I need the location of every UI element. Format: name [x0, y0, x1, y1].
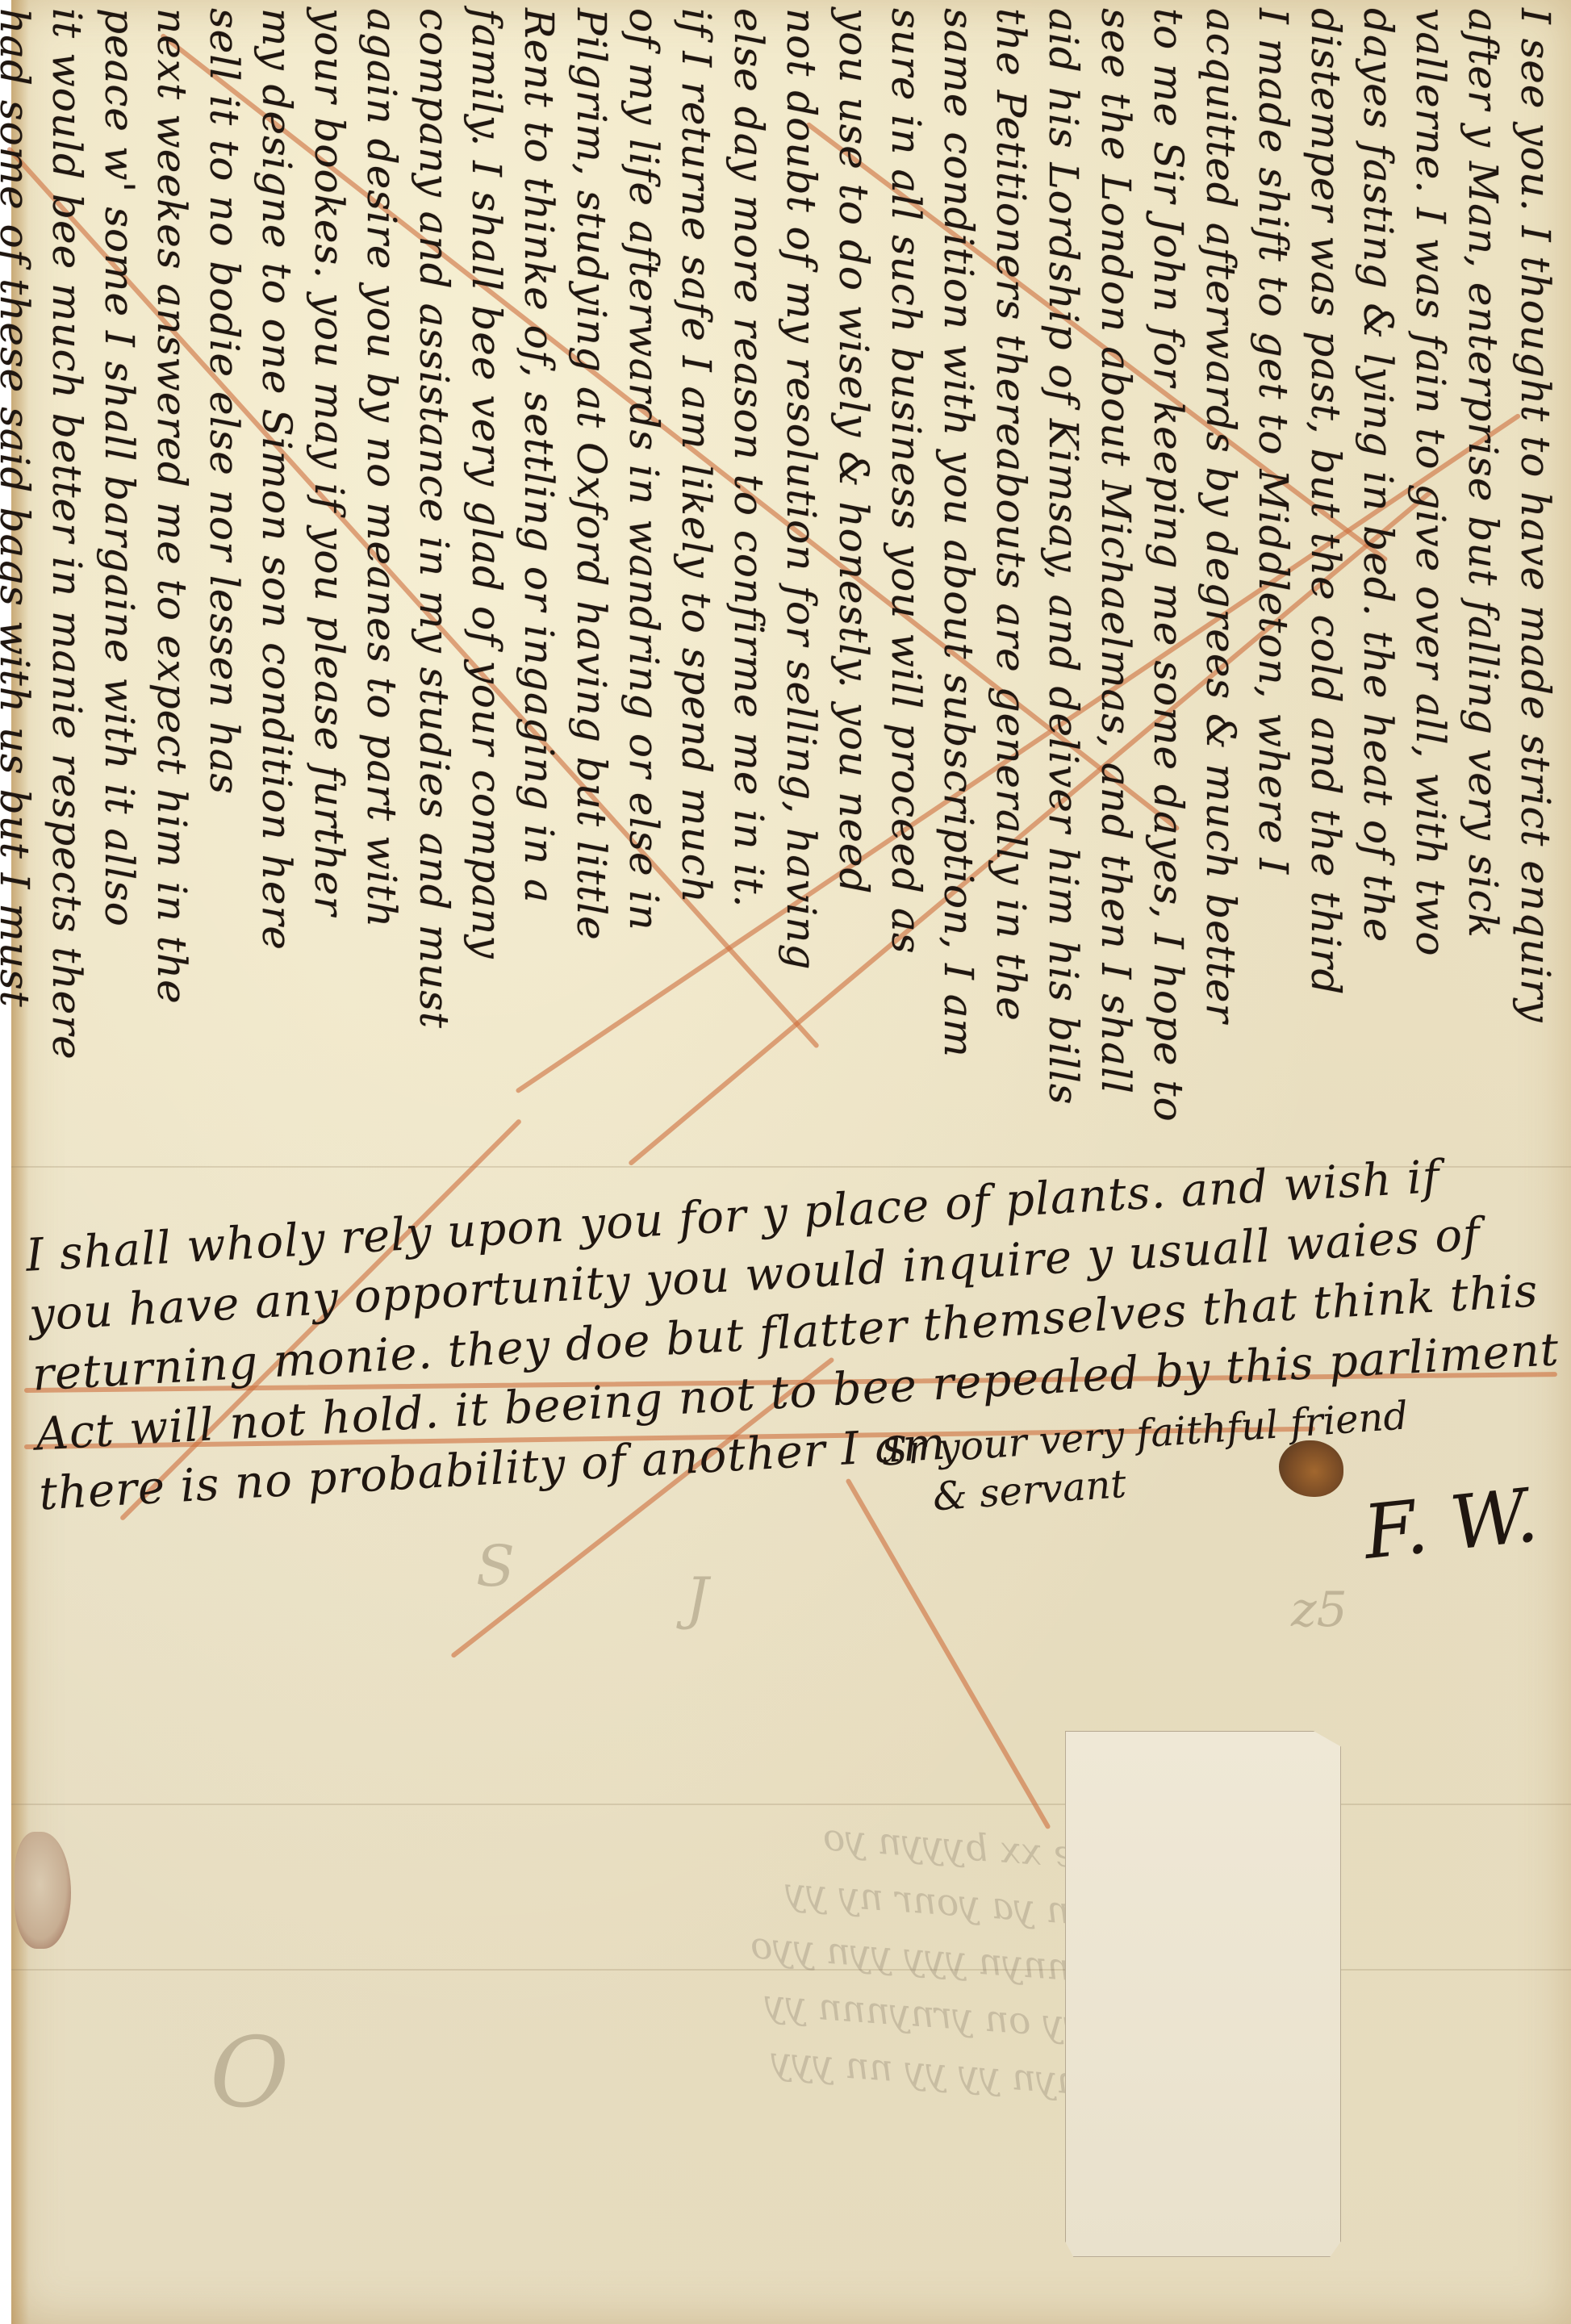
body-line: if I returne safe I am likely to spend m… — [670, 8, 722, 1194]
signature: F. W. — [1360, 1472, 1542, 1576]
bleed-mark: O — [210, 2017, 289, 2130]
body-line: it would bee much better in manie respec… — [40, 8, 93, 1194]
body-line: Pilgrim, studying at Oxford having but l… — [565, 8, 617, 1194]
body-line: I see you. I thought to have made strict… — [1509, 8, 1561, 1194]
body-line: acquitted afterwards by degrees & much b… — [1194, 8, 1247, 1194]
letter-body: I see you. I thought to have made strict… — [4, 8, 1561, 1194]
body-line: company and assistance in my studies and… — [407, 8, 460, 1194]
body-line: you use to do wisely & honestly. you nee… — [827, 8, 880, 1194]
body-line: your bookes. you may if you please furth… — [303, 8, 355, 1194]
body-line: after y Man, enterprise but falling very… — [1456, 8, 1509, 1194]
body-line: sure in all such business you will proce… — [880, 8, 932, 1194]
bleed-through-text: ye xx byyyn yo an ya yonr ny yy rnnyn yy… — [516, 1788, 1099, 2109]
torn-edge-stain — [15, 1832, 71, 1949]
body-line: the Petitioners thereabouts are generall… — [984, 8, 1037, 1194]
body-line: dayes fasting & lying in bed. the heat o… — [1352, 8, 1404, 1194]
body-line: had some of these said bags with us but … — [0, 8, 40, 1194]
body-line: vallerne. I was fain to give over all, w… — [1404, 8, 1456, 1194]
body-line: again desire you by no meanes to part wi… — [355, 8, 407, 1194]
body-line: aid his Lordship of Kimsay, and deliver … — [1037, 8, 1089, 1194]
body-line: to me Sir John for keeping me some dayes… — [1142, 8, 1194, 1194]
body-line: see the London about Michaelmas, and the… — [1089, 8, 1142, 1194]
body-line: peace w' some I shall bargaine with it a… — [93, 8, 145, 1194]
body-line: sell it to no bodie else nor lessen has — [198, 8, 250, 1194]
body-line: Rent to thinke of, settling or ingaging … — [512, 8, 565, 1194]
bleed-mark: J — [686, 1565, 708, 1632]
body-line: my designe to one Simon son condition he… — [250, 8, 303, 1194]
body-line: next weekes answered me to expect him in… — [145, 8, 198, 1194]
body-line: else day more reason to confirme me in i… — [722, 8, 775, 1194]
body-line: same condition with you about subscripti… — [932, 8, 984, 1194]
body-line: distemper was past, but the cold and the… — [1299, 8, 1352, 1194]
body-line: I made shift to get to Middleton, where … — [1247, 8, 1299, 1194]
bleed-mark: z5 — [1291, 1582, 1347, 1638]
bleed-mark: S — [476, 1533, 515, 1599]
pasted-paper-label — [1065, 1731, 1341, 2257]
body-line: family. I shall bee very glad of your co… — [460, 8, 512, 1194]
body-line: of my life afterwards in wandring or els… — [617, 8, 670, 1194]
body-line: not doubt of my resolution for selling, … — [775, 8, 827, 1194]
